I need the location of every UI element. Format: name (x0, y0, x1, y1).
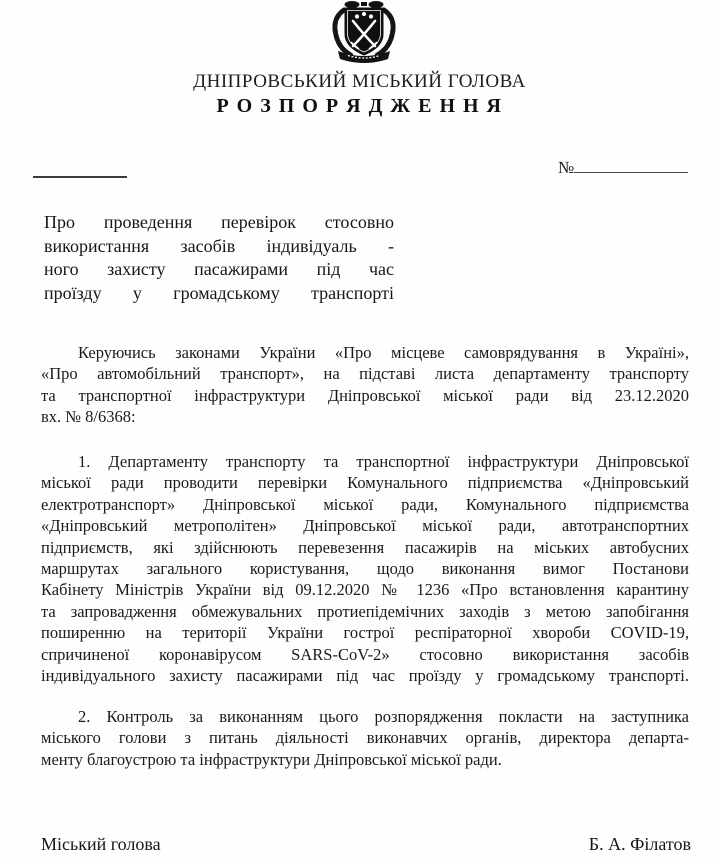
paragraph-line: індивідуального захисту пасажирами під ч… (41, 665, 689, 686)
paragraph-line: Кабінету Міністрів України від 09.12.202… (41, 579, 689, 600)
paragraph-line: спричиненої коронавірусом SARS-CoV-2» ст… (41, 644, 689, 665)
paragraph-line: електротранспорт» Дніпровської міської р… (41, 494, 689, 515)
paragraph-line: міської ради проводити перевірки Комунал… (41, 472, 689, 493)
paragraph-line: 1. Департаменту транспорту та транспортн… (41, 451, 689, 472)
paragraph-line: та транспортної інфраструктури Дніпровсь… (41, 385, 689, 406)
item-1-paragraph: 1. Департаменту транспорту та транспортн… (41, 451, 689, 686)
reference-row: № (0, 158, 719, 182)
organization-name: ДНІПРОВСЬКИЙ МІСЬКИЙ ГОЛОВА (0, 71, 719, 93)
signature-row: Міський голова Б. А. Філатов (41, 834, 691, 855)
subject-line: проїзду у громадському транспорті (44, 282, 394, 306)
number-label: № (558, 158, 574, 177)
paragraph-line: менту благоустрою та інфраструктури Дніп… (41, 749, 689, 770)
paragraph-line: маршрутах загального користування, щодо … (41, 558, 689, 579)
dnipro-coat-of-arms-icon (330, 1, 398, 63)
paragraph-line: Керуючись законами України «Про місцеве … (41, 342, 689, 363)
subject-paragraph: Про проведення перевірок стосовно викори… (44, 211, 394, 305)
subject-line: ного захисту пасажирами під час (44, 258, 394, 282)
paragraph-line: поширенню на території України гострої р… (41, 622, 689, 643)
paragraph-line: 2. Контроль за виконанням цього розпоряд… (41, 706, 689, 727)
date-blank-line (33, 176, 127, 178)
number-blank-line (574, 158, 688, 173)
document-type-title: Р О З П О Р Я Д Ж Е Н Н Я (0, 95, 719, 118)
item-2-paragraph: 2. Контроль за виконанням цього розпоряд… (41, 706, 689, 770)
signatory-name: Б. А. Філатов (589, 834, 691, 855)
document-page: ДНІПРОВСЬКИЙ МІСЬКИЙ ГОЛОВА Р О З П О Р … (0, 0, 719, 864)
paragraph-line: «Про автомобільний транспорт», на підста… (41, 363, 689, 384)
subject-line: Про проведення перевірок стосовно (44, 211, 394, 235)
paragraph-line: міського голови з питань діяльності вико… (41, 727, 689, 748)
paragraph-line: та запровадження обмежувальних протиепід… (41, 601, 689, 622)
number-group: № (558, 158, 688, 178)
paragraph-line: підприємств, які здійснюють перевезення … (41, 537, 689, 558)
paragraph-line: «Дніпровський метрополітен» Дніпровської… (41, 515, 689, 536)
intro-paragraph: Керуючись законами України «Про місцеве … (41, 342, 689, 428)
paragraph-line: вх. № 8/6368: (41, 406, 689, 427)
signatory-position: Міський голова (41, 834, 161, 855)
subject-line: використання засобів індивідуаль - (44, 235, 394, 259)
